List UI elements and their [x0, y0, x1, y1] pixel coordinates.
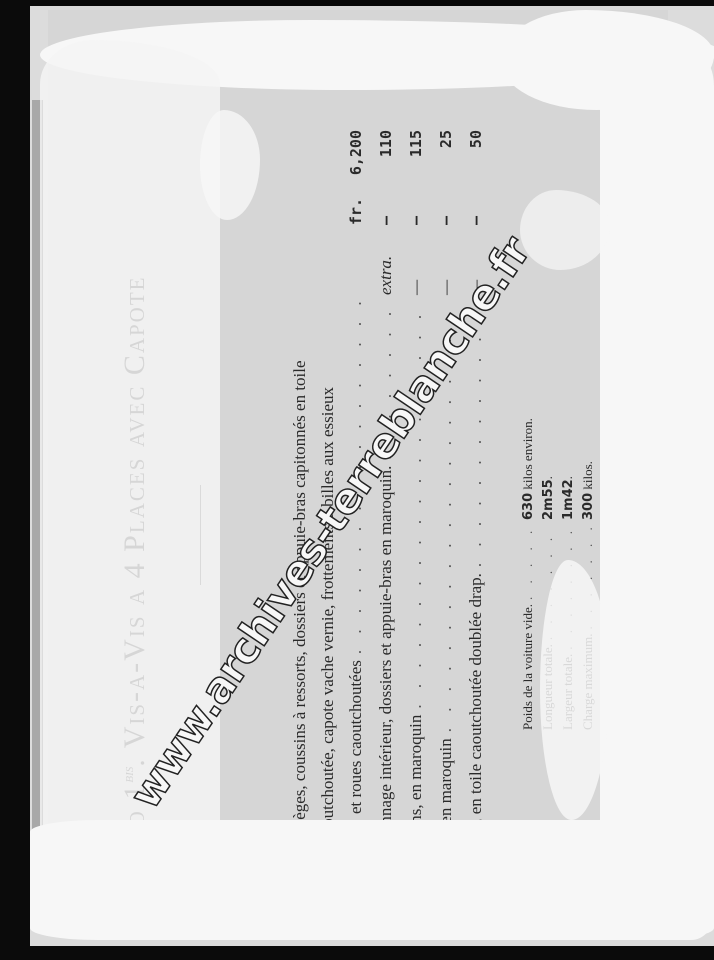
item-currency: —	[437, 185, 455, 225]
spec-row: Poids de la voiture vide. . . . . . . 63…	[520, 400, 536, 730]
spec-value-unit: kilos.	[580, 461, 595, 493]
spec-value: 630 kilos environ.	[520, 400, 536, 520]
item-price: 6,200	[347, 130, 365, 185]
price-row: Capitonnage intérieur, dossiers et appui…	[376, 130, 396, 870]
item-currency: —	[467, 185, 485, 225]
spec-value: 2m55.	[540, 400, 556, 520]
item-price: 25	[437, 130, 455, 185]
item-price: 50	[467, 130, 485, 185]
paint-mask	[30, 820, 714, 940]
spec-value-unit: .	[560, 476, 575, 479]
spec-value-number: 1m42	[561, 479, 576, 520]
item-note: —	[436, 225, 456, 295]
spec-value: 300 kilos.	[580, 400, 596, 520]
price-row: Avec sièges, coussins à ressorts, dossie…	[290, 130, 310, 870]
spec-value-number: 300	[581, 493, 596, 520]
spec-value-number: 2m55	[541, 479, 556, 520]
spec-value-unit: .	[540, 476, 555, 479]
item-price: 110	[377, 130, 395, 185]
item-currency: —	[377, 185, 395, 225]
spec-value-number: 630	[521, 493, 536, 520]
item-note: extra.	[376, 225, 396, 295]
price-row: Coussins, en maroquin . . . . . . . . . …	[406, 130, 426, 870]
spec-label: Poids de la voiture vide.	[520, 604, 536, 730]
item-note: —	[406, 225, 426, 295]
item-price: 115	[407, 130, 425, 185]
item-text: caoutchoutée, capote vache vernie, frott…	[318, 387, 338, 842]
item-text: Capitonnage intérieur, dossiers et appui…	[376, 466, 396, 870]
spec-value-unit: kilos environ.	[520, 418, 535, 493]
price-row: Tablier, en toile caoutchoutée doublée d…	[466, 130, 486, 870]
item-currency: fr.	[347, 185, 365, 225]
item-text: et roues caoutchoutées	[346, 660, 366, 814]
paint-mask	[600, 60, 714, 940]
leader-dots: . . . . . .	[520, 524, 536, 600]
item-currency: —	[407, 185, 425, 225]
spec-value: 1m42.	[560, 400, 576, 520]
price-row: Pente, en maroquin . . . . . . . . . . .…	[436, 130, 456, 870]
